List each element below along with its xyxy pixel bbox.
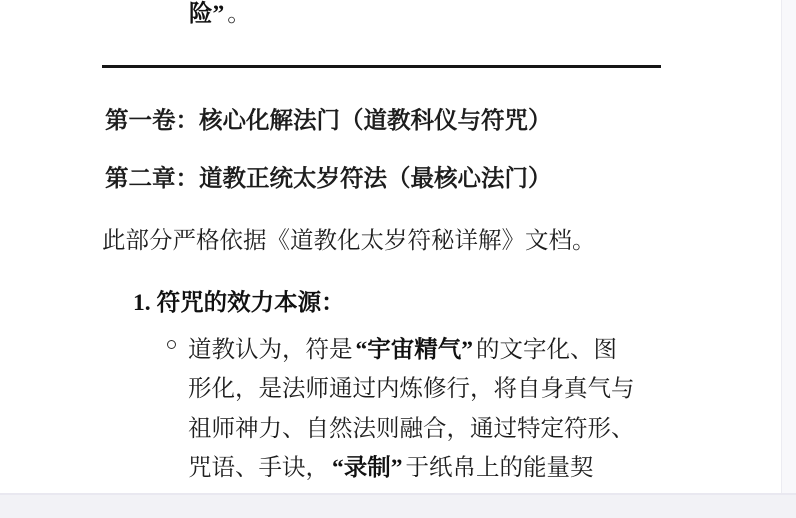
document-page: 险”。 第一卷：核心化解法门（道教科仪与符咒） 第二章：道教正统太岁符法（最核心… [0,0,796,518]
bullet-paragraph: 道教认为，符是“宇宙精气”的文字化、图形化，是法师通过内炼修行，将自身真气与祖师… [188,327,635,485]
list-number: 1. [133,290,151,316]
page-edge-bottom [0,493,796,518]
text-line: 咒语、手诀，“录制”于纸帛上的能量契 [188,446,635,486]
list-title-text: 符咒的效力本源： [157,290,345,316]
text-line: 祖师神力、自然法则融合，通过特定符形、 [188,406,635,446]
horizontal-rule [102,65,661,68]
bullet-marker-icon [167,340,176,349]
text-line: 道教认为，符是“宇宙精气”的文字化、图 [188,327,635,367]
text-line: 形化，是法师通过内炼修行，将自身真气与 [188,367,635,407]
list-item-title: 1.符咒的效力本源： [133,289,345,317]
paragraph-tail: 险”。 [186,0,251,28]
heading-volume: 第一卷：核心化解法门（道教科仪与符咒） [105,107,552,135]
heading-chapter: 第二章：道教正统太岁符法（最核心法门） [105,165,552,193]
text-line: 险”。 [186,0,251,28]
intro-paragraph: 此部分严格依据《道教化太岁符秘详解》文档。 [102,227,596,255]
page-edge-right [781,0,796,493]
